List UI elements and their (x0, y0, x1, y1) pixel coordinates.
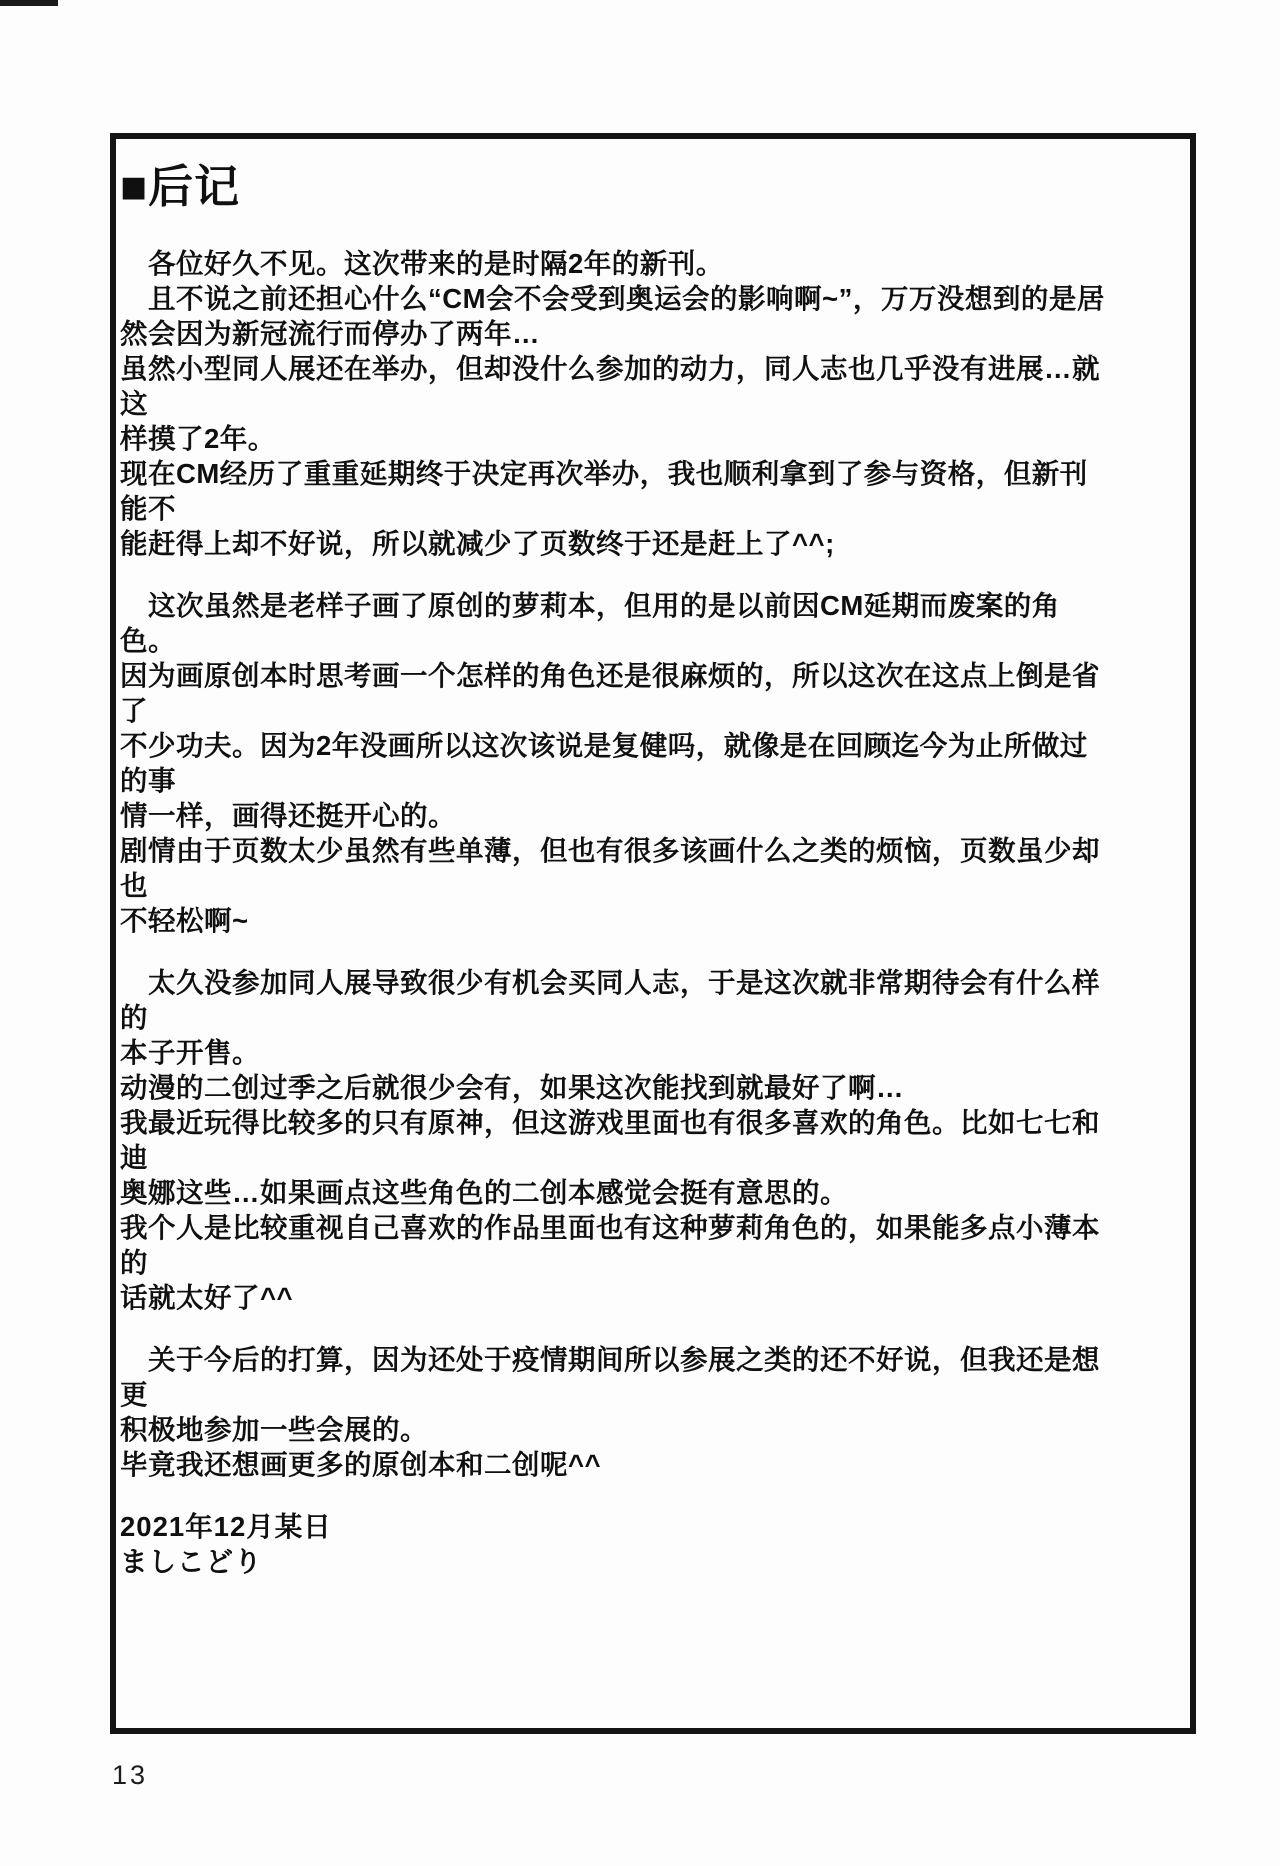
afterword-frame: ■后记 各位好久不见。这次带来的是时隔2年的新刊。 且不说之前还担心什么“CM会… (110, 133, 1196, 1734)
text-line: 然会因为新冠流行而停办了两年… (120, 316, 1110, 351)
text-line: 因为画原创本时思考画一个怎样的角色还是很麻烦的，所以这次在这点上倒是省了 (120, 658, 1110, 728)
text-line: 且不说之前还担心什么“CM会不会受到奥运会的影响啊~”，万万没想到的是居 (120, 281, 1110, 316)
afterword-heading: ■后记 (120, 161, 1110, 213)
text-line: 不少功夫。因为2年没画所以这次该说是复健吗，就像是在回顾迄今为止所做过的事 (120, 728, 1110, 798)
text-line: 现在CM经历了重重延期终于决定再次举办，我也顺利拿到了参与资格，但新刊能不 (120, 456, 1110, 526)
text-line: 样摸了2年。 (120, 421, 1110, 456)
text-line: 虽然小型同人展还在举办，但却没什么参加的动力，同人志也几乎没有进展…就这 (120, 351, 1110, 421)
paragraph: 关于今后的打算，因为还处于疫情期间所以参展之类的还不好说，但我还是想更积极地参加… (120, 1342, 1110, 1482)
text-line: 动漫的二创过季之后就很少会有，如果这次能找到就最好了啊… (120, 1070, 1110, 1105)
text-line: 太久没参加同人展导致很少有机会买同人志，于是这次就非常期待会有什么样的 (120, 965, 1110, 1035)
signature-line: ましこどり (120, 1544, 1110, 1579)
page-number: 13 (112, 1760, 148, 1791)
paragraph: 太久没参加同人展导致很少有机会买同人志，于是这次就非常期待会有什么样的本子开售。… (120, 965, 1110, 1315)
text-line: 我个人是比较重视自己喜欢的作品里面也有这种萝莉角色的，如果能多点小薄本的 (120, 1210, 1110, 1280)
text-line: 话就太好了^^ (120, 1280, 1110, 1315)
text-line: 奥娜这些…如果画点这些角色的二创本感觉会挺有意思的。 (120, 1175, 1110, 1210)
colophon: 2021年12月某日 ましこどり (120, 1509, 1110, 1579)
afterword-body: 各位好久不见。这次带来的是时隔2年的新刊。 且不说之前还担心什么“CM会不会受到… (120, 246, 1110, 1482)
text-line: 毕竟我还想画更多的原创本和二创呢^^ (120, 1447, 1110, 1482)
date-line: 2021年12月某日 (120, 1509, 1110, 1544)
paragraph: 各位好久不见。这次带来的是时隔2年的新刊。 且不说之前还担心什么“CM会不会受到… (120, 246, 1110, 561)
text-line: 关于今后的打算，因为还处于疫情期间所以参展之类的还不好说，但我还是想更 (120, 1342, 1110, 1412)
text-line: 不轻松啊~ (120, 903, 1110, 938)
afterword-content: ■后记 各位好久不见。这次带来的是时隔2年的新刊。 且不说之前还担心什么“CM会… (116, 139, 1190, 1579)
text-line: 剧情由于页数太少虽然有些单薄，但也有很多该画什么之类的烦恼，页数虽少却也 (120, 833, 1110, 903)
text-line: 能赶得上却不好说，所以就减少了页数终于还是赶上了^^; (120, 526, 1110, 561)
text-line: 这次虽然是老样子画了原创的萝莉本，但用的是以前因CM延期而废案的角色。 (120, 588, 1110, 658)
text-line: 积极地参加一些会展的。 (120, 1412, 1110, 1447)
text-line: 本子开售。 (120, 1035, 1110, 1070)
text-line: 我最近玩得比较多的只有原神，但这游戏里面也有很多喜欢的角色。比如七七和迪 (120, 1105, 1110, 1175)
scan-edge-artifact (0, 0, 58, 6)
text-line: 各位好久不见。这次带来的是时隔2年的新刊。 (120, 246, 1110, 281)
text-line: 情一样，画得还挺开心的。 (120, 798, 1110, 833)
paragraph: 这次虽然是老样子画了原创的萝莉本，但用的是以前因CM延期而废案的角色。因为画原创… (120, 588, 1110, 938)
